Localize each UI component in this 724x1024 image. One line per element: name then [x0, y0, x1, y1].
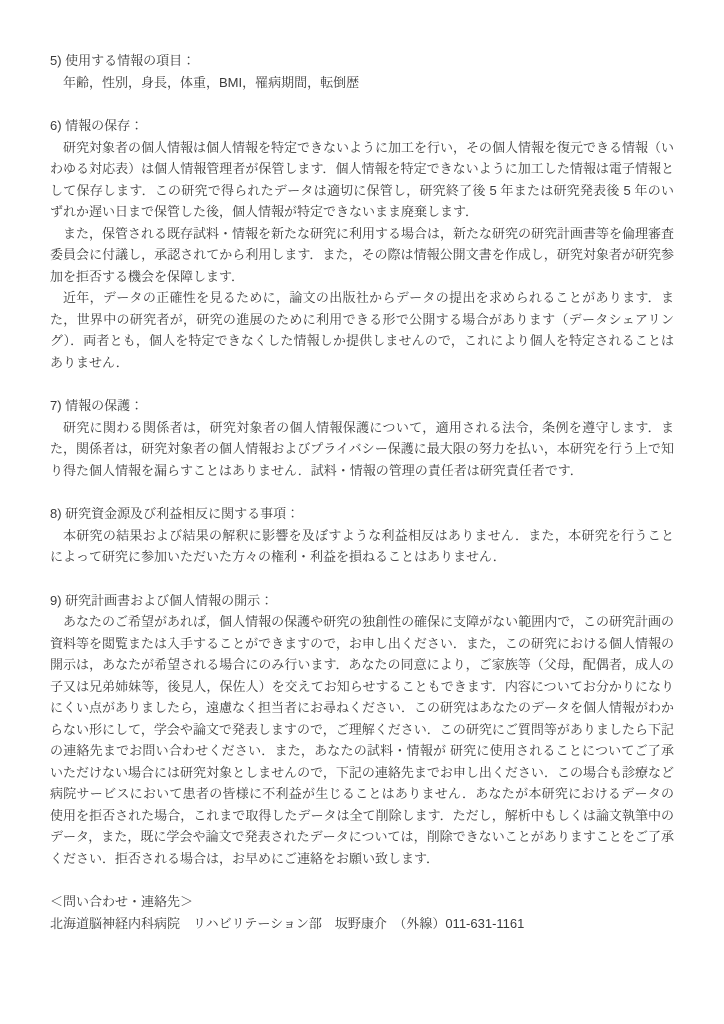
section-heading: 9) 研究計画書および個人情報の開示：	[50, 590, 674, 612]
section-info-protection: 7) 情報の保護： 研究に関わる関係者は，研究対象者の個人情報保護について，適用…	[50, 395, 674, 481]
paragraph: また，保管される既存試料・情報を新たな研究に利用する場合は，新たな研究の研究計画…	[50, 223, 674, 288]
paragraph: あなたのご希望があれば，個人情報の保護や研究の独創性の確保に支障がない範囲内で，…	[50, 611, 674, 869]
section-funding-coi: 8) 研究資金源及び利益相反に関する事項： 本研究の結果および結果の解釈に影響を…	[50, 503, 674, 568]
section-heading: 8) 研究資金源及び利益相反に関する事項：	[50, 503, 674, 525]
section-used-info-items: 5) 使用する情報の項目： 年齢，性別，身長，体重，BMI，罹病期間，転倒歴	[50, 50, 674, 93]
contact-section: ＜問い合わせ・連絡先＞ 北海道脳神経内科病院 リハビリテーション部 坂野康介 （…	[50, 891, 674, 934]
paragraph: 研究対象者の個人情報は個人情報を特定できないように加工を行い，その個人情報を復元…	[50, 137, 674, 223]
section-heading: 5) 使用する情報の項目：	[50, 50, 674, 72]
paragraph: 本研究の結果および結果の解釈に影響を及ぼすような利益相反はありません．また，本研…	[50, 525, 674, 568]
section-info-storage: 6) 情報の保存： 研究対象者の個人情報は個人情報を特定できないように加工を行い…	[50, 115, 674, 373]
document-page: 5) 使用する情報の項目： 年齢，性別，身長，体重，BMI，罹病期間，転倒歴 6…	[0, 0, 724, 1024]
paragraph: 研究に関わる関係者は，研究対象者の個人情報保護について，適用される法令，条例を遵…	[50, 417, 674, 482]
section-disclosure: 9) 研究計画書および個人情報の開示： あなたのご希望があれば，個人情報の保護や…	[50, 590, 674, 870]
paragraph: 近年，データの正確性を見るために，論文の出版社からデータの提出を求められることが…	[50, 287, 674, 373]
contact-line: 北海道脳神経内科病院 リハビリテーション部 坂野康介 （外線）011-631-1…	[50, 913, 674, 935]
section-heading: 7) 情報の保護：	[50, 395, 674, 417]
contact-heading: ＜問い合わせ・連絡先＞	[50, 891, 674, 913]
info-items-line: 年齢，性別，身長，体重，BMI，罹病期間，転倒歴	[50, 72, 674, 94]
section-heading: 6) 情報の保存：	[50, 115, 674, 137]
